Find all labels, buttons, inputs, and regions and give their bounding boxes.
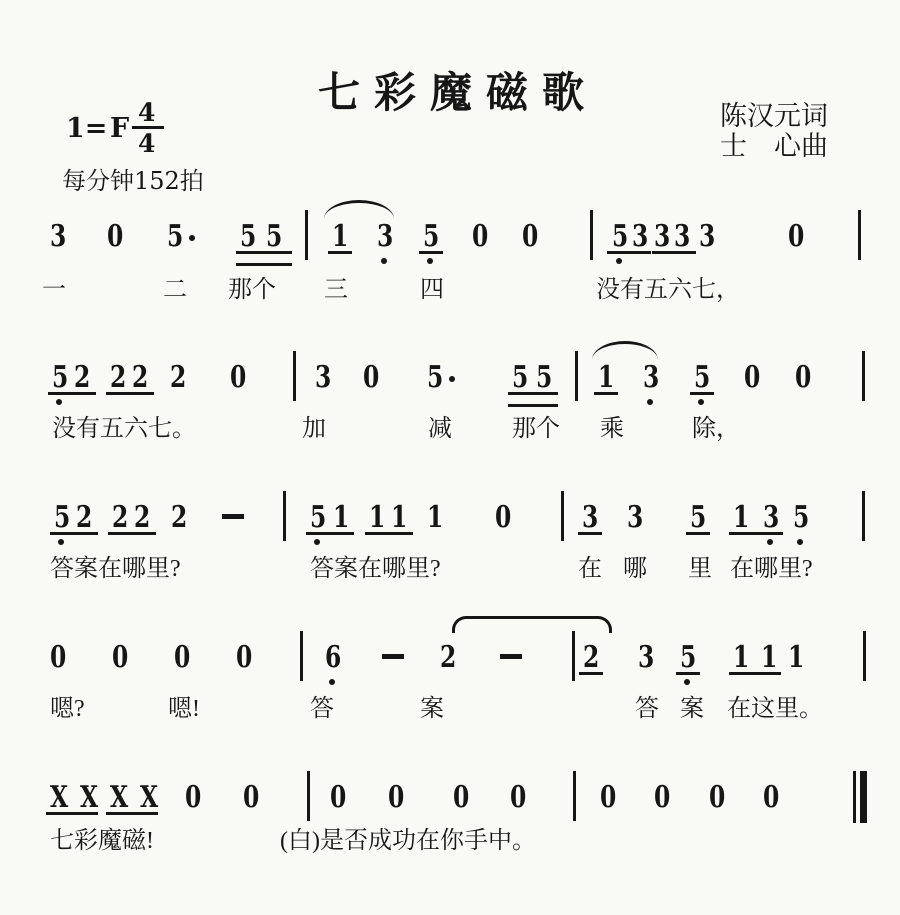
beam-line	[50, 532, 98, 535]
octave-dot	[767, 539, 773, 545]
barline	[858, 210, 861, 260]
beam-line	[652, 251, 696, 254]
note-digit: 5	[266, 222, 282, 252]
barline	[305, 210, 308, 260]
note-digit: 5	[536, 363, 552, 393]
beam-line	[328, 251, 352, 254]
rest-dash	[500, 654, 522, 659]
lyric: 一	[42, 277, 66, 305]
note-digit: 3	[654, 222, 670, 252]
barline	[590, 210, 593, 260]
note-digit: X	[140, 783, 158, 813]
note-digit: 5	[240, 222, 256, 252]
beam-line	[419, 251, 443, 254]
note-digit: 5	[680, 643, 696, 673]
lyricist-credit: 陈汉元词	[720, 103, 828, 130]
note-digit: 2	[76, 503, 92, 533]
lyric: 没有五六七。	[52, 416, 196, 444]
beam-line	[690, 392, 714, 395]
note-digit: 0	[107, 222, 123, 252]
note-digit: 1	[733, 503, 749, 533]
octave-dot	[647, 399, 653, 405]
note-digit: 0	[50, 643, 66, 673]
barline	[862, 491, 865, 541]
lyric: 加	[302, 416, 326, 444]
lyric: 在	[578, 556, 602, 584]
note-digit: 1	[332, 222, 348, 252]
note-digit: 2	[134, 503, 150, 533]
note-digit: X	[110, 783, 128, 813]
note-digit: 2	[132, 363, 148, 393]
note-digit: 3	[763, 503, 779, 533]
note-digit: 2	[74, 363, 90, 393]
note-digit: 2	[440, 643, 456, 673]
lyric: 在这里。	[727, 696, 823, 724]
beam-line	[48, 392, 96, 395]
note-digit: 5	[793, 503, 809, 533]
octave-dot	[381, 258, 387, 264]
lyric: 案	[420, 696, 444, 724]
note-digit: 1	[391, 503, 407, 533]
note-digit: 0	[185, 783, 201, 813]
song-title: 七彩魔磁歌	[318, 72, 598, 114]
key-signature-tonic: F	[110, 115, 129, 142]
note-digit: 1	[598, 363, 614, 393]
lyric: 案	[680, 696, 704, 724]
lyric: 在哪里?	[730, 556, 813, 584]
barline	[561, 491, 564, 541]
lyric: 答	[635, 696, 659, 724]
note-digit: 1	[427, 503, 443, 533]
barline	[307, 771, 310, 821]
note-digit: 0	[330, 783, 346, 813]
note-digit: 3	[632, 222, 648, 252]
note-digit: 5	[423, 222, 439, 252]
beam-line	[607, 251, 651, 254]
note-digit: 0	[510, 783, 526, 813]
note-digit: 0	[600, 783, 616, 813]
octave-dot	[314, 539, 320, 545]
beam-line	[306, 532, 354, 535]
note-digit: 5	[427, 363, 443, 393]
composer-credit: 士 心曲	[720, 133, 828, 160]
note-digit: 0	[112, 643, 128, 673]
rest-dash	[222, 514, 244, 519]
note-digit: 0	[363, 363, 379, 393]
note-digit: 0	[243, 783, 259, 813]
barline	[573, 771, 576, 821]
note-digit: 6	[325, 643, 341, 673]
note-digit: 0	[174, 643, 190, 673]
note-digit: 0	[453, 783, 469, 813]
lyric: 答	[310, 696, 334, 724]
lyric: 那个	[512, 416, 560, 444]
note-digit: 3	[315, 363, 331, 393]
beam-line	[579, 672, 603, 675]
tempo-marking: 每分钟152拍	[62, 169, 204, 193]
beam-line	[676, 672, 700, 675]
lyric: 答案在哪里?	[50, 556, 181, 584]
lyric: 哪	[623, 556, 647, 584]
beam-line	[578, 532, 602, 535]
note-digit: 3	[582, 503, 598, 533]
augmentation-dot	[189, 235, 195, 241]
key-signature-prefix: 1=	[66, 115, 107, 142]
note-digit: 1	[761, 643, 777, 673]
note-digit: 2	[583, 643, 599, 673]
barline	[862, 351, 865, 401]
final-barline-thin	[853, 771, 856, 823]
note-digit: 1	[333, 503, 349, 533]
note-digit: 5	[512, 363, 528, 393]
lyric: (白)是否成功在你手中。	[280, 828, 536, 856]
octave-dot	[616, 258, 622, 264]
beam-line	[365, 532, 413, 535]
note-digit: 0	[654, 783, 670, 813]
lyric: 嗯?	[50, 696, 85, 724]
octave-dot	[58, 539, 64, 545]
beam-line	[106, 392, 154, 395]
note-digit: 3	[627, 503, 643, 533]
note-digit: 1	[788, 643, 804, 673]
lyric: 嗯!	[168, 696, 200, 724]
barline	[283, 491, 286, 541]
note-digit: 0	[763, 783, 779, 813]
beam-line	[108, 532, 156, 535]
barline	[575, 351, 578, 401]
time-signature-numerator: 4	[138, 100, 155, 125]
beam-line	[686, 532, 710, 535]
octave-dot	[698, 399, 704, 405]
barline	[293, 351, 296, 401]
octave-dot	[56, 399, 62, 405]
note-digit: 3	[50, 222, 66, 252]
rest-dash	[382, 654, 404, 659]
note-digit: 0	[230, 363, 246, 393]
note-digit: 1	[369, 503, 385, 533]
lyric: 七彩魔磁!	[50, 828, 154, 856]
octave-dot	[684, 679, 690, 685]
note-digit: 0	[472, 222, 488, 252]
note-digit: 1	[733, 643, 749, 673]
note-digit: 0	[236, 643, 252, 673]
octave-dot	[427, 258, 433, 264]
note-digit: 2	[171, 503, 187, 533]
note-digit: 3	[638, 643, 654, 673]
note-digit: 3	[699, 222, 715, 252]
beam-line	[46, 812, 98, 815]
beam-line	[729, 672, 781, 675]
note-digit: 0	[744, 363, 760, 393]
augmentation-dot	[449, 376, 455, 382]
time-signature-denominator: 4	[138, 131, 155, 156]
note-digit: 3	[674, 222, 690, 252]
note-digit: 2	[112, 503, 128, 533]
note-digit: 2	[110, 363, 126, 393]
note-digit: 0	[388, 783, 404, 813]
note-digit: 5	[167, 222, 183, 252]
note-digit: 0	[495, 503, 511, 533]
barline	[572, 631, 575, 681]
lyric: 三	[324, 277, 348, 305]
octave-dot	[329, 679, 335, 685]
note-digit: 5	[52, 363, 68, 393]
note-digit: 3	[643, 363, 659, 393]
note-digit: 0	[795, 363, 811, 393]
lyric: 里	[688, 556, 712, 584]
beam-line	[236, 251, 292, 266]
lyric: 答案在哪里?	[310, 556, 441, 584]
lyric: 没有五六七，	[596, 277, 740, 305]
slur	[452, 616, 612, 633]
note-digit: 2	[170, 363, 186, 393]
note-digit: 5	[310, 503, 326, 533]
beam-line	[594, 392, 618, 395]
note-digit: 0	[788, 222, 804, 252]
sheet-music-page: { "title": "七彩魔磁歌", "key": {"prefix": "1…	[0, 0, 900, 915]
beam-line	[508, 392, 558, 407]
lyric: 除，	[692, 416, 740, 444]
lyric: 四	[420, 277, 444, 305]
barline	[300, 631, 303, 681]
lyric: 乘	[600, 416, 624, 444]
slur	[324, 200, 394, 219]
barline	[863, 631, 866, 681]
octave-dot	[797, 539, 803, 545]
note-digit: 0	[522, 222, 538, 252]
final-barline-thick	[860, 771, 867, 823]
beam-line	[106, 812, 158, 815]
note-digit: 5	[54, 503, 70, 533]
lyric: 减	[428, 416, 452, 444]
beam-line	[729, 532, 783, 535]
note-digit: 5	[612, 222, 628, 252]
slur	[592, 341, 658, 360]
note-digit: X	[50, 783, 68, 813]
note-digit: X	[80, 783, 98, 813]
note-digit: 5	[694, 363, 710, 393]
note-digit: 5	[690, 503, 706, 533]
note-digit: 0	[709, 783, 725, 813]
lyric: 那个	[228, 277, 276, 305]
lyric: 二	[163, 277, 187, 305]
note-digit: 3	[377, 222, 393, 252]
